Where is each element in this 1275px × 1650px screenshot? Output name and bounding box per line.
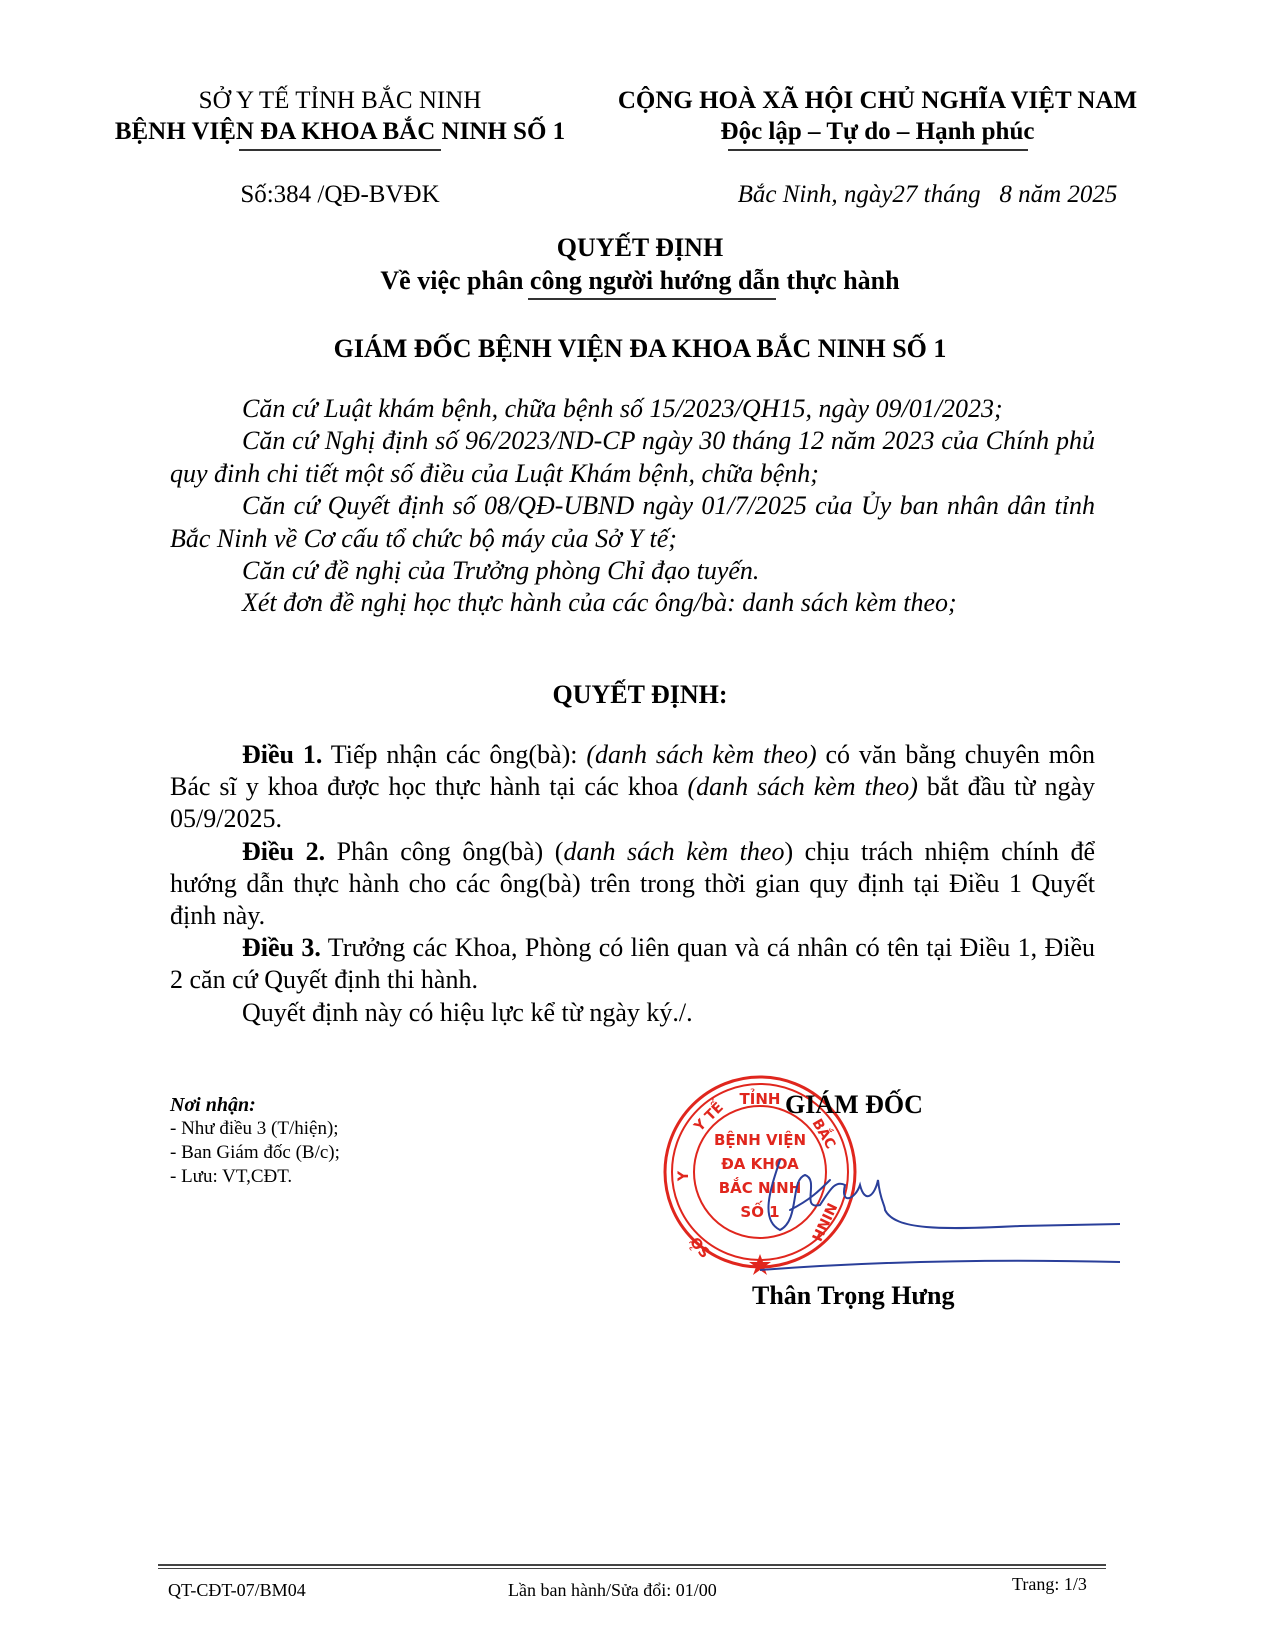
subject-underline	[528, 298, 776, 300]
preamble-line: Căn cứ đề nghị của Trưởng phòng Chỉ đạo …	[170, 555, 1095, 587]
header-left: SỞ Y TẾ TỈNH BẮC NINH BỆNH VIỆN ĐA KHOA …	[90, 86, 590, 209]
stamp-text: BỆNH VIỆN	[714, 1129, 806, 1149]
stamp-text: TỈNH	[740, 1087, 781, 1108]
recipient-item: - Ban Giám đốc (B/c);	[170, 1141, 590, 1165]
article-label: Điều 1.	[242, 740, 322, 769]
nation-name: CỘNG HOÀ XÃ HỘI CHỦ NGHĨA VIỆT NAM	[595, 86, 1160, 116]
authority-name: SỞ Y TẾ TỈNH BẮC NINH	[90, 86, 590, 116]
recipient-item: - Như điều 3 (T/hiện);	[170, 1117, 590, 1141]
article-2: Điều 2. Phân công ông(bà) (danh sách kèm…	[170, 836, 1095, 933]
article-label: Điều 2.	[242, 837, 325, 866]
form-code: QT-CĐT-07/BM04	[168, 1580, 306, 1601]
article-text-italic: (danh sách kèm theo)	[687, 772, 918, 801]
article-label: Điều 3.	[242, 933, 321, 962]
organization-underline	[239, 149, 441, 151]
article-text-italic: danh sách kèm theo	[563, 837, 784, 866]
issuer-title: GIÁM ĐỐC BỆNH VIỆN ĐA KHOA BẮC NINH SỐ 1	[140, 334, 1140, 364]
motto-underline	[728, 149, 1028, 151]
preamble: Căn cứ Luật khám bệnh, chữa bệnh số 15/2…	[170, 393, 1095, 620]
national-motto: Độc lập – Tự do – Hạnh phúc	[595, 116, 1160, 148]
signer-name: Thân Trọng Hưng	[752, 1281, 955, 1311]
document-number: Số:384 /QĐ-BVĐK	[90, 181, 590, 209]
handwritten-signature-icon	[760, 1150, 1120, 1280]
preamble-line: Căn cứ Quyết định số 08/QĐ-UBND ngày 01/…	[170, 490, 1095, 555]
effective-clause: Quyết định này có hiệu lực kể từ ngày ký…	[170, 997, 1095, 1029]
footer-divider	[158, 1564, 1106, 1569]
decision-heading: QUYẾT ĐỊNH:	[140, 680, 1140, 710]
preamble-line: Căn cứ Luật khám bệnh, chữa bệnh số 15/2…	[170, 393, 1095, 425]
svg-text:Y: Y	[676, 1170, 692, 1182]
article-text: Tiếp nhận các ông(bà):	[322, 740, 586, 769]
document-subject: Về việc phân công người hướng dẫn thực h…	[140, 264, 1140, 298]
recipient-item: - Lưu: VT,CĐT.	[170, 1165, 590, 1189]
article-3: Điều 3. Trưởng các Khoa, Phòng có liên q…	[170, 932, 1095, 996]
preamble-line: Căn cứ Nghị định số 96/2023/ND-CP ngày 3…	[170, 425, 1095, 490]
signer-title: GIÁM ĐỐC	[785, 1090, 923, 1120]
recipients-heading: Nơi nhận:	[170, 1093, 590, 1117]
page-number: Trang: 1/3	[1012, 1574, 1087, 1595]
document-type: QUYẾT ĐỊNH	[140, 232, 1140, 264]
organization-name: BỆNH VIỆN ĐA KHOA BẮC NINH SỐ 1	[90, 116, 590, 148]
header-right: CỘNG HOÀ XÃ HỘI CHỦ NGHĨA VIỆT NAM Độc l…	[595, 86, 1160, 209]
preamble-line: Xét đơn đề nghị học thực hành của các ôn…	[170, 587, 1095, 619]
article-1: Điều 1. Tiếp nhận các ông(bà): (danh sác…	[170, 739, 1095, 836]
title-block: QUYẾT ĐỊNH Về việc phân công người hướng…	[140, 232, 1140, 364]
place-date: Bắc Ninh, ngày27 tháng 8 năm 2025	[595, 181, 1160, 209]
recipients: Nơi nhận: - Như điều 3 (T/hiện); - Ban G…	[170, 1093, 590, 1189]
article-text-italic: (danh sách kèm theo)	[586, 740, 816, 769]
revision-info: Lần ban hành/Sửa đổi: 01/00	[508, 1580, 717, 1601]
articles: Điều 1. Tiếp nhận các ông(bà): (danh sác…	[170, 739, 1095, 1029]
article-text: Phân công ông(bà) (	[325, 837, 563, 866]
